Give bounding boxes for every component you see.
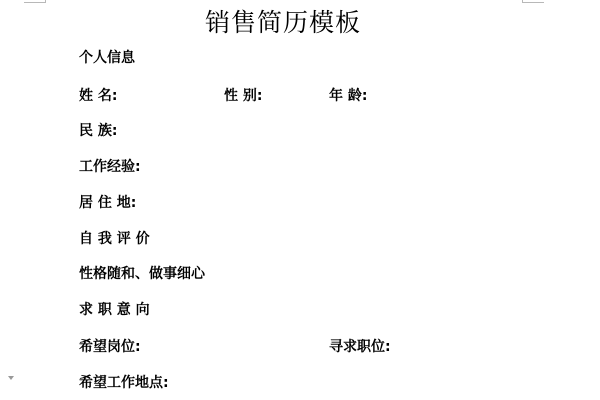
ethnicity-label: 民 族: — [79, 120, 117, 140]
document-title: 销售简历模板 — [0, 3, 566, 39]
section-self-evaluation: 自 我 评 价 — [79, 228, 150, 248]
residence-label: 居 住 地: — [79, 192, 136, 212]
name-label: 姓 名: — [79, 85, 117, 105]
section-personal-info: 个人信息 — [79, 47, 135, 67]
age-label: 年 龄: — [329, 85, 367, 105]
gender-label: 性 别: — [224, 85, 262, 105]
desired-location-label: 希望工作地点: — [79, 372, 169, 392]
self-evaluation-text: 性格随和、做事细心 — [79, 263, 205, 283]
experience-label: 工作经验: — [79, 156, 141, 176]
desired-position-label: 希望岗位: — [79, 336, 141, 356]
seeking-position-label: 寻求职位: — [329, 336, 391, 356]
section-job-intent: 求 职 意 向 — [79, 299, 150, 319]
paragraph-marker-icon — [8, 376, 14, 380]
